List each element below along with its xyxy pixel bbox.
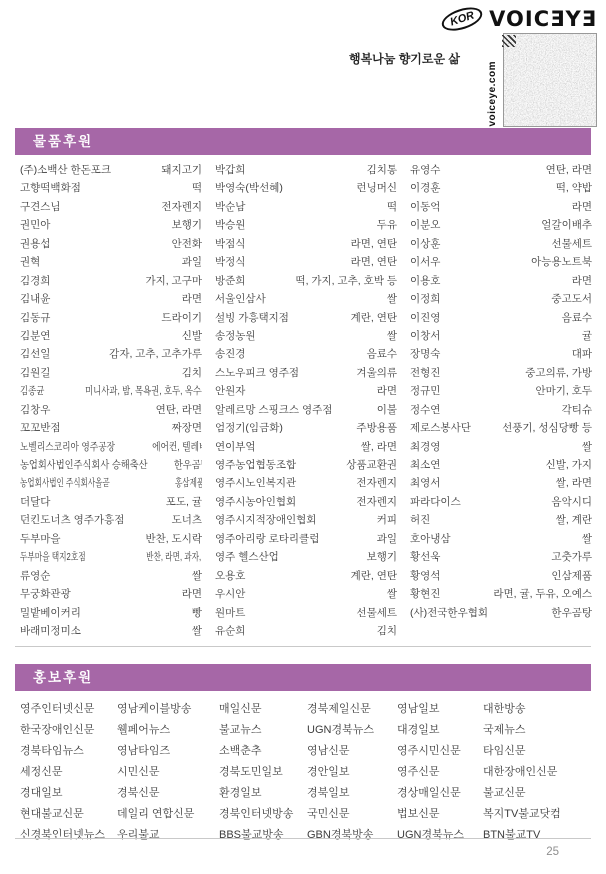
promo-column: 영주인터넷신문한국장애인신문경북타임뉴스세정신문경대일보현대불교신문신경북인터넷… [20,699,117,846]
donation-row: 김종균미니사과, 밤, 목욕권, 호두, 옥수수 [20,382,202,400]
donor-name: 최영서 [410,474,440,492]
donor-name: 제로스봉사단 [410,419,471,437]
donor-name: 서울인삼사 [215,290,266,308]
donor-name: 정수연 [410,401,440,419]
donation-row: 허진쌀, 계란 [410,511,592,529]
donation-row: 고향떡백화점떡 [20,179,202,197]
donor-name: 박순남 [215,198,245,216]
media-name: 대한방송 [483,699,591,720]
goods-column: 박갑희김치통박영숙(박선혜)런닝머신박순남떡박승원두유박점식라면, 연탄박정식라… [215,161,397,640]
donation-row: 이용호라면 [410,272,592,290]
promo-support-list: 영주인터넷신문한국장애인신문경북타임뉴스세정신문경대일보현대불교신문신경북인터넷… [20,699,591,846]
donated-item: 계란, 연탄 [351,309,397,327]
donor-name: 더달다 [20,493,50,511]
donation-row: 설빙 가흥택지점계란, 연탄 [215,309,397,327]
donation-row: 던킨도너츠 영주가흥점도너츠 [20,511,202,529]
donor-name: 박승원 [215,216,245,234]
donor-name: 파라다이스 [410,493,461,511]
donation-row: 알레르망 스핑크스 영주점이불 [215,401,397,419]
section-title-goods: 물품후원 [33,134,93,149]
donation-row: 박승원두유 [215,216,397,234]
donation-row: 안원자라면 [215,382,397,400]
donor-name: 밀밭베이커리 [20,604,81,622]
donated-item: 한우곰탕 [174,456,202,474]
donated-item: 떡 [192,179,202,197]
donated-item: 떡, 가지, 고추, 호박 등 [295,272,397,290]
donor-name: 박영숙(박선혜) [215,179,283,197]
donated-item: 쌀 [387,585,397,603]
voiceye-barcode-icon [503,33,597,127]
donated-item: 계란, 연탄 [351,567,397,585]
donated-item: 라면 [572,272,592,290]
donated-item: 전자렌지 [356,493,397,511]
donated-item: 쌀 [192,622,202,640]
donor-name: 송진경 [215,345,245,363]
donation-row: 이경훈떡, 약밥 [410,179,592,197]
donated-item: 가지, 고구마 [145,272,202,290]
donor-name: 이상훈 [410,235,440,253]
media-name: BTN불교TV [483,825,591,846]
donor-name: 구견스님 [20,198,61,216]
donated-item: 반찬, 라면, 과자, 핫도그류 [146,548,202,566]
tagline: 행복나눔 향기로운 삶 [349,50,460,67]
donated-item: 음료수 [562,309,592,327]
donor-name: 박갑희 [215,161,245,179]
goods-column: (주)소백산 한돈포크돼지고기고향떡백화점떡구견스님전자렌지권민아보행기권용섭안… [20,161,202,640]
media-name: 영주인터넷신문 [20,699,117,720]
donor-name: 황현진 [410,585,440,603]
donation-row: (주)소백산 한돈포크돼지고기 [20,161,202,179]
donated-item: 연탄, 라면 [156,401,202,419]
media-name: 소백춘추 [219,741,307,762]
donation-row: 유순희김치 [215,622,397,640]
donation-row: 영주시지적장애인협회커피 [215,511,397,529]
donor-name: 황선욱 [410,548,440,566]
donation-row: 이진영음료수 [410,309,592,327]
donated-item: 음악시디 [551,493,592,511]
donated-item: 얼갈이배추 [541,216,592,234]
media-name: BBS불교방송 [219,825,307,846]
media-name: 복지TV불교닷컴 [483,804,591,825]
section-header-promo: 홍보후원 [15,664,591,691]
donated-item: 김치 [182,364,202,382]
donation-row: 파라다이스음악시디 [410,493,592,511]
media-name: 경상매일신문 [397,783,483,804]
donor-name: 두부마을 [20,530,61,548]
donated-item: 김치 [377,622,397,640]
donor-name: 유영수 [410,161,440,179]
donated-item: 두유 [377,216,397,234]
donated-item: 음료수 [367,345,397,363]
donor-name: 이진영 [410,309,440,327]
donor-name: 김종균 [20,382,44,400]
donation-row: 방준희떡, 가지, 고추, 호박 등 [215,272,397,290]
donated-item: 신발, 가지 [546,456,592,474]
page-number: 25 [546,846,559,858]
donor-name: 이경훈 [410,179,440,197]
donor-name: 최소연 [410,456,440,474]
donation-row: 전형진중고의류, 가방 [410,364,592,382]
donated-item: 한우곰탕 [551,604,592,622]
donated-item: 과일 [377,530,397,548]
donor-name: 영주시농아인협회 [215,493,296,511]
donor-name: 노벨리스코리아 영주공장 [20,438,115,456]
donor-name: 송정농원 [215,327,256,345]
donation-row: 우시안쌀 [215,585,397,603]
donation-row: 유영수연탄, 라면 [410,161,592,179]
media-name: 영남신문 [307,741,397,762]
donor-name: 스노우피크 영주점 [215,364,299,382]
donation-row: 영주아리랑 로타리클럽과일 [215,530,397,548]
media-name: 불교뉴스 [219,720,307,741]
donated-item: 전자렌지 [161,198,202,216]
donated-item: 쌀 [582,530,592,548]
donor-name: 장명숙 [410,345,440,363]
donated-item: 중고의류, 가방 [525,364,592,382]
page: 행복나눔 향기로운 삶 KOR VOICƎYƎ voiceye.com 물품후원… [0,0,606,874]
donor-name: 김창우 [20,401,50,419]
donation-row: 박정식라면, 연탄 [215,253,397,271]
media-name: 현대불교신문 [20,804,117,825]
donation-row: 송정농원쌀 [215,327,397,345]
media-name: 대한장애인신문 [483,762,591,783]
voiceye-code-block: voiceye.com [487,33,597,127]
donated-item: 감자, 고추, 고추가루 [109,345,202,363]
donor-name: (사)전국한우협회 [410,604,488,622]
donated-item: 쌀 [192,567,202,585]
donation-row: 정규민안마기, 호두 [410,382,592,400]
donation-row: 최경영쌀 [410,438,592,456]
donation-row: 송진경음료수 [215,345,397,363]
promo-column: 영남일보대경일보영주시민신문영주신문경상매일신문법보신문UGN경북뉴스 [397,699,483,846]
media-name: 시민신문 [117,762,219,783]
donor-name: 던킨도너츠 영주가흥점 [20,511,124,529]
donor-name: 유순희 [215,622,245,640]
donated-item: 중고도서 [551,290,592,308]
donor-name: 이용호 [410,272,440,290]
donation-row: 영주시농아인협회전자렌지 [215,493,397,511]
promo-column: 경북제일신문UGN경북뉴스영남신문경안일보경북일보국민신문GBN경북방송 [307,699,397,846]
media-name: GBN경북방송 [307,825,397,846]
donor-name: 영주시지적장애인협회 [215,511,316,529]
donation-row: 영주농업협동조합상품교환권 [215,456,397,474]
donated-item: 라면 [182,290,202,308]
promo-column: 영남케이블방송웰페어뉴스영남타임즈시민신문경북신문데일리 연합신문우리불교 [117,699,219,846]
donor-name: 권혁 [20,253,40,271]
media-name: 타임신문 [483,741,591,762]
donor-name: 방준희 [215,272,245,290]
donated-item: 미니사과, 밤, 목욕권, 호두, 옥수수 [85,382,202,400]
donated-item: 빵 [192,604,202,622]
media-name: 데일리 연합신문 [117,804,219,825]
media-name: 경북도민일보 [219,762,307,783]
donor-name: 전형진 [410,364,440,382]
donated-item: 귤 [582,327,592,345]
donor-name: 영주시노인복지관 [215,474,296,492]
media-name: 경북인터넷방송 [219,804,307,825]
donation-row: 이동억라면 [410,198,592,216]
donation-row: 서울인삼사쌀 [215,290,397,308]
donated-item: 선물세트 [356,604,397,622]
donation-row: 이서우아능용노트북 [410,253,592,271]
donor-name: 이동억 [410,198,440,216]
donor-name: 연이부엌 [215,438,256,456]
donation-row: 밀밭베이커리빵 [20,604,202,622]
media-name: 영주신문 [397,762,483,783]
donor-name: 이창서 [410,327,440,345]
corner-hatch-icon [502,35,516,47]
donor-name: 우시안 [215,585,245,603]
donated-item: 쌀 [387,327,397,345]
donation-row: 황선욱고춧가루 [410,548,592,566]
media-name: 영남케이블방송 [117,699,219,720]
donation-row: 황영석인삼제품 [410,567,592,585]
donation-row: 무궁화관광라면 [20,585,202,603]
donated-item: 이불 [377,401,397,419]
donated-item: 인삼제품 [551,567,592,585]
donor-name: 영주 헬스산업 [215,548,279,566]
donation-row: 두부마을반찬, 도시락 [20,530,202,548]
donated-item: 돼지고기 [161,161,202,179]
donation-row: 황현진라면, 귤, 두유, 오예스 [410,585,592,603]
donation-row: 이상훈선물세트 [410,235,592,253]
donor-name: 정규민 [410,382,440,400]
donor-name: 이서우 [410,253,440,271]
media-name: 우리불교 [117,825,219,846]
donation-row: 박순남떡 [215,198,397,216]
donated-item: 안전화 [172,235,202,253]
donation-row: 더달다포도, 귤 [20,493,202,511]
donor-name: 설빙 가흥택지점 [215,309,289,327]
donor-name: 호아냉삼 [410,530,451,548]
donor-name: 김원길 [20,364,50,382]
donation-row: 김분연신발 [20,327,202,345]
donated-item: 과일 [182,253,202,271]
goods-column: 유영수연탄, 라면이경훈떡, 약밥이동억라면이분오얼갈이배추이상훈선물세트이서우… [410,161,592,640]
donated-item: 보행기 [172,216,202,234]
donor-name: 영주아리랑 로타리클럽 [215,530,319,548]
media-name: 경북신문 [117,783,219,804]
media-name: 대경일보 [397,720,483,741]
media-name: 웰페어뉴스 [117,720,219,741]
donation-row: 류영순쌀 [20,567,202,585]
donated-item: 드라이기 [161,309,202,327]
donation-row: 김선일감자, 고추, 고추가루 [20,345,202,363]
donation-row: 박점식라면, 연탄 [215,235,397,253]
donor-name: 권민아 [20,216,50,234]
donation-row: 연이부엌쌀, 라면 [215,438,397,456]
promo-column: 매일신문불교뉴스소백춘추경북도민일보환경일보경북인터넷방송BBS불교방송 [219,699,307,846]
donation-row: 김원길김치 [20,364,202,382]
donation-row: 김동규드라이기 [20,309,202,327]
media-name: 세정신문 [20,762,117,783]
media-name: UGN경북뉴스 [397,825,483,846]
donated-item: 라면 [182,585,202,603]
media-name: 경북타임뉴스 [20,741,117,762]
donor-name: 김선일 [20,345,50,363]
donation-row: 권혁과일 [20,253,202,271]
donated-item: 아능용노트북 [531,253,592,271]
donation-row: 농업회사법인 주식회사올곧홍삼제품, 반찬, 다과 [20,474,202,492]
donor-name: (주)소백산 한돈포크 [20,161,111,179]
donor-name: 박정식 [215,253,245,271]
donor-name: 농업회사법인 주식회사올곧 [20,474,110,492]
media-name: 영남일보 [397,699,483,720]
donor-name: 두부마을 택지2호점 [20,548,86,566]
donor-name: 꼬꼬반점 [20,419,61,437]
donor-name: 바래미정미소 [20,622,81,640]
donation-row: 박갑희김치통 [215,161,397,179]
donation-row: 권민아보행기 [20,216,202,234]
donated-item: 도너츠 [172,511,202,529]
voiceye-site-label: voiceye.com [487,61,498,127]
donated-item: 런닝머신 [356,179,397,197]
donated-item: 라면 [572,198,592,216]
donated-item: 안마기, 호두 [535,382,592,400]
donor-name: 엄정기(임금화) [215,419,283,437]
donated-item: 포도, 귤 [166,493,202,511]
section-divider-bottom [15,838,591,839]
donation-row: 영주 헬스산업보행기 [215,548,397,566]
media-name: 영주시민신문 [397,741,483,762]
donated-item: 쌀 [387,290,397,308]
media-name: UGN경북뉴스 [307,720,397,741]
donor-name: 농업회사법인주식회사 승해축산 [20,456,148,474]
media-name: 법보신문 [397,804,483,825]
donated-item: 라면, 연탄 [351,235,397,253]
donor-name: 안원자 [215,382,245,400]
donated-item: 김치통 [367,161,397,179]
donated-item: 전자렌지 [356,474,397,492]
donated-item: 대파 [572,345,592,363]
donated-item: 반찬, 도시락 [145,530,202,548]
donated-item: 떡, 약밥 [556,179,592,197]
donor-name: 류영순 [20,567,50,585]
donation-row: 바래미정미소쌀 [20,622,202,640]
donated-item: 커피 [377,511,397,529]
donation-row: 권용섭안전화 [20,235,202,253]
donated-item: 떡 [387,198,397,216]
donation-row: 정수연각티슈 [410,401,592,419]
donated-item: 주방용품 [356,419,397,437]
donated-item: 쌀, 라면 [556,474,592,492]
donor-name: 알레르망 스핑크스 영주점 [215,401,332,419]
donation-row: 이분오얼갈이배추 [410,216,592,234]
voiceye-logo: KOR VOICƎYƎ [441,7,597,31]
donation-row: 이창서귤 [410,327,592,345]
media-name: 경북제일신문 [307,699,397,720]
media-name: 영남타임즈 [117,741,219,762]
donor-name: 고향떡백화점 [20,179,81,197]
donor-name: 영주농업협동조합 [215,456,296,474]
donated-item: 라면, 귤, 두유, 오예스 [493,585,592,603]
donor-name: 허진 [410,511,430,529]
donor-name: 김경희 [20,272,50,290]
donor-name: 황영석 [410,567,440,585]
donation-row: 꼬꼬반점짜장면 [20,419,202,437]
donation-row: 김내윤라면 [20,290,202,308]
donor-name: 이정희 [410,290,440,308]
donated-item: 선물세트 [551,235,592,253]
donated-item: 짜장면 [172,419,202,437]
donation-row: 김창우연탄, 라면 [20,401,202,419]
section-header-goods: 물품후원 [15,128,591,155]
donation-row: 최영서쌀, 라면 [410,474,592,492]
donation-row: 장명숙대파 [410,345,592,363]
donated-item: 겨울의류 [356,364,397,382]
donor-name: 김동규 [20,309,50,327]
donation-row: 박영숙(박선혜)런닝머신 [215,179,397,197]
donated-item: 라면, 연탄 [351,253,397,271]
donated-item: 쌀, 계란 [556,511,592,529]
donor-name: 이분오 [410,216,440,234]
donation-row: 이정희중고도서 [410,290,592,308]
donation-row: 노벨리스코리아 영주공장에어컨, 텔레비전 [20,438,202,456]
donor-name: 오용호 [215,567,245,585]
donated-item: 선풍기, 성심당빵 등 [502,419,592,437]
media-name: 신경북인터넷뉴스 [20,825,117,846]
donor-name: 김분연 [20,327,50,345]
kor-badge-icon: KOR [439,3,486,35]
donor-name: 무궁화관광 [20,585,71,603]
donated-item: 라면 [377,382,397,400]
donated-item: 각티슈 [562,401,592,419]
donor-name: 김내윤 [20,290,50,308]
donated-item: 쌀, 라면 [361,438,397,456]
promo-column: 대한방송국제뉴스타임신문대한장애인신문불교신문복지TV불교닷컴BTN불교TV [483,699,591,846]
donation-row: 원마트선물세트 [215,604,397,622]
media-name: 매일신문 [219,699,307,720]
donor-name: 권용섭 [20,235,50,253]
donation-row: (사)전국한우협회한우곰탕 [410,604,592,622]
donation-row: 최소연신발, 가지 [410,456,592,474]
donation-row: 호아냉삼쌀 [410,530,592,548]
donor-name: 원마트 [215,604,245,622]
donated-item: 쌀 [582,438,592,456]
section-title-promo: 홍보후원 [33,670,93,685]
donation-row: 영주시노인복지관전자렌지 [215,474,397,492]
section-divider [15,646,591,647]
donation-row: 김경희가지, 고구마 [20,272,202,290]
donation-row: 제로스봉사단선풍기, 성심당빵 등 [410,419,592,437]
donor-name: 박점식 [215,235,245,253]
donated-item: 고춧가루 [551,548,592,566]
goods-donation-list: (주)소백산 한돈포크돼지고기고향떡백화점떡구견스님전자렌지권민아보행기권용섭안… [20,161,591,640]
donated-item: 홍삼제품, 반찬, 다과 [175,474,202,492]
media-name: 불교신문 [483,783,591,804]
media-name: 경안일보 [307,762,397,783]
voiceye-wordmark: VOICƎYƎ [489,7,597,31]
donated-item: 신발 [182,327,202,345]
donated-item: 에어컨, 텔레비전 [152,438,202,456]
donation-row: 엄정기(임금화)주방용품 [215,419,397,437]
donation-row: 농업회사법인주식회사 승해축산한우곰탕 [20,456,202,474]
media-name: 국민신문 [307,804,397,825]
media-name: 경대일보 [20,783,117,804]
media-name: 환경일보 [219,783,307,804]
donor-name: 최경영 [410,438,440,456]
donated-item: 상품교환권 [346,456,397,474]
donated-item: 연탄, 라면 [546,161,592,179]
donation-row: 두부마을 택지2호점반찬, 라면, 과자, 핫도그류 [20,548,202,566]
media-name: 경북일보 [307,783,397,804]
donated-item: 보행기 [367,548,397,566]
donation-row: 오용호계란, 연탄 [215,567,397,585]
donation-row: 구견스님전자렌지 [20,198,202,216]
media-name: 한국장애인신문 [20,720,117,741]
donation-row: 스노우피크 영주점겨울의류 [215,364,397,382]
media-name: 국제뉴스 [483,720,591,741]
